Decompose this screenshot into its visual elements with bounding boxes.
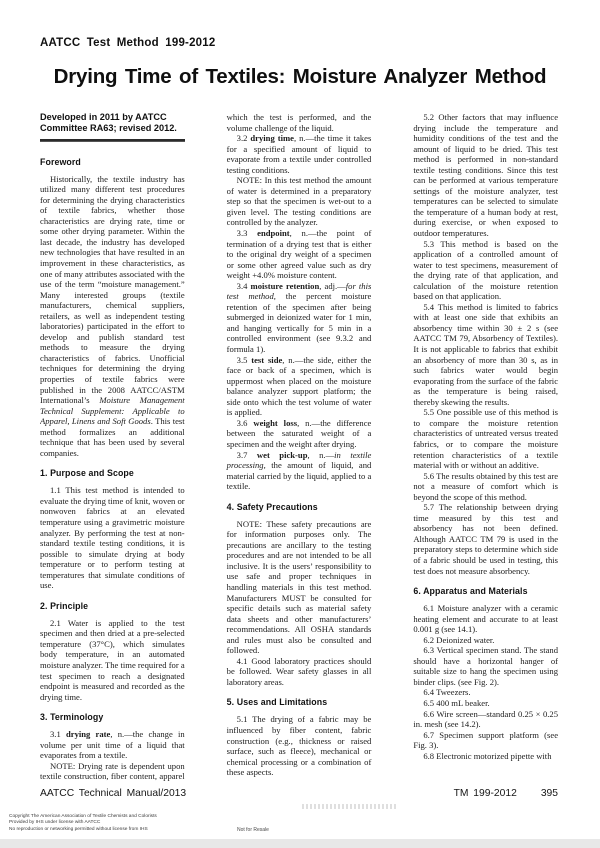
footer-tm-label: TM 199-2012 <box>454 788 517 799</box>
not-for-resale-label: Not for Resale <box>237 827 269 833</box>
paragraph-4-1: 4.1 Good laboratory practices should be … <box>227 656 372 688</box>
section-3-heading: 3. Terminology <box>40 712 185 722</box>
paragraph-2-1: 2.1 Water is applied to the test specime… <box>40 618 185 702</box>
note-3-2: NOTE: In this test method the amount of … <box>227 175 372 228</box>
footer-right-group: TM 199-2012 395 <box>454 788 558 799</box>
faint-watermark <box>302 804 398 809</box>
developed-note: Developed in 2011 by AATCC Committee RA6… <box>40 112 185 135</box>
term-bold: drying rate <box>66 729 110 739</box>
section-6-heading: 6. Apparatus and Materials <box>413 586 558 596</box>
term-bold: moisture retention <box>251 281 320 291</box>
text-run: 3.3 <box>237 228 257 238</box>
paragraph-5-4: 5.4 This method is limited to fabrics wi… <box>413 302 558 407</box>
term-3-5: 3.5 test side, n.—the side, either the f… <box>227 355 372 418</box>
document-page: AATCC Test Method 199-2012 Drying Time o… <box>0 0 600 848</box>
note-4: NOTE: These safety precautions are for i… <box>227 519 372 656</box>
text-run: , n.— <box>307 450 334 460</box>
text-run: Historically, the textile industry has u… <box>40 174 185 405</box>
term-3-2: 3.2 drying time, n.—the time it takes fo… <box>227 133 372 175</box>
term-bold: weight loss <box>253 418 297 428</box>
paragraph-6-6: 6.6 Wire screen—standard 0.25 × 0.25 in.… <box>413 709 558 730</box>
text-run: 3.5 <box>237 355 252 365</box>
method-number-label: AATCC Test Method 199-2012 <box>40 37 215 49</box>
term-3-6: 3.6 weight loss, n.—the difference betwe… <box>227 418 372 450</box>
page-title: Drying Time of Textiles: Moisture Analyz… <box>0 65 600 89</box>
section-5-heading: 5. Uses and Limitations <box>227 697 372 707</box>
term-bold: drying time <box>250 133 294 143</box>
paragraph-6-3: 6.3 Vertical specimen stand. The stand s… <box>413 645 558 687</box>
column-right: 5.2 Other factors that may influence dry… <box>413 112 558 784</box>
column-middle: which the test is performed, and the vol… <box>227 112 372 784</box>
divider-rule <box>40 139 185 142</box>
paragraph-6-5: 6.5 400 mL beaker. <box>413 698 558 709</box>
continuation-paragraph: which the test is performed, and the vol… <box>227 112 372 133</box>
text-run: 3.2 <box>237 133 251 143</box>
text-run: 3.6 <box>237 418 254 428</box>
note-3-1: NOTE: Drying rate is dependent upon text… <box>40 761 185 784</box>
term-3-7: 3.7 wet pick-up, n.—in textile processin… <box>227 450 372 492</box>
footer-page-number: 395 <box>541 788 558 799</box>
foreword-heading: Foreword <box>40 157 185 167</box>
footer-manual-label: AATCC Technical Manual/2013 <box>40 788 186 799</box>
paragraph-5-6: 5.6 The results obtained by this test ar… <box>413 471 558 503</box>
term-bold: endpoint <box>257 228 289 238</box>
term-bold: test side <box>251 355 282 365</box>
three-column-body: Developed in 2011 by AATCC Committee RA6… <box>40 112 558 784</box>
term-3-3: 3.3 endpoint, n.—the point of terminatio… <box>227 228 372 281</box>
column-left: Developed in 2011 by AATCC Committee RA6… <box>40 112 185 784</box>
paragraph-5-3: 5.3 This method is based on the applicat… <box>413 239 558 302</box>
copyright-block: Copyright The American Association of Te… <box>9 814 157 833</box>
paragraph-1-1: 1.1 This test method is intended to eval… <box>40 485 185 590</box>
paragraph-5-1: 5.1 The drying of a fabric may be influe… <box>227 714 372 777</box>
term-3-4: 3.4 moisture retention, adj.—for this te… <box>227 281 372 355</box>
term-bold: wet pick-up <box>257 450 308 460</box>
section-1-heading: 1. Purpose and Scope <box>40 468 185 478</box>
text-run: 3.4 <box>237 281 251 291</box>
footer-running-line: AATCC Technical Manual/2013 TM 199-2012 … <box>40 788 558 799</box>
paragraph-5-5: 5.5 One possible use of this method is t… <box>413 407 558 470</box>
paragraph-6-7: 6.7 Specimen support platform (see Fig. … <box>413 730 558 751</box>
paragraph-6-8: 6.8 Electronic motorized pipette with <box>413 751 558 762</box>
paragraph-5-2: 5.2 Other factors that may influence dry… <box>413 112 558 239</box>
copyright-line-3: No reproduction or networking permitted … <box>9 827 157 833</box>
paragraph-6-4: 6.4 Tweezers. <box>413 687 558 698</box>
paragraph-6-2: 6.2 Deionized water. <box>413 635 558 646</box>
text-run: , adj.— <box>319 281 346 291</box>
term-3-1: 3.1 drying rate, n.—the change in volume… <box>40 729 185 761</box>
scan-edge-band <box>0 839 600 848</box>
paragraph-5-7: 5.7 The relationship between drying time… <box>413 502 558 576</box>
text-run: 3.1 <box>50 729 66 739</box>
paragraph-6-1: 6.1 Moisture analyzer with a ceramic hea… <box>413 603 558 635</box>
foreword-paragraph: Historically, the textile industry has u… <box>40 174 185 459</box>
section-4-heading: 4. Safety Precautions <box>227 502 372 512</box>
section-2-heading: 2. Principle <box>40 601 185 611</box>
text-run: 3.7 <box>237 450 257 460</box>
